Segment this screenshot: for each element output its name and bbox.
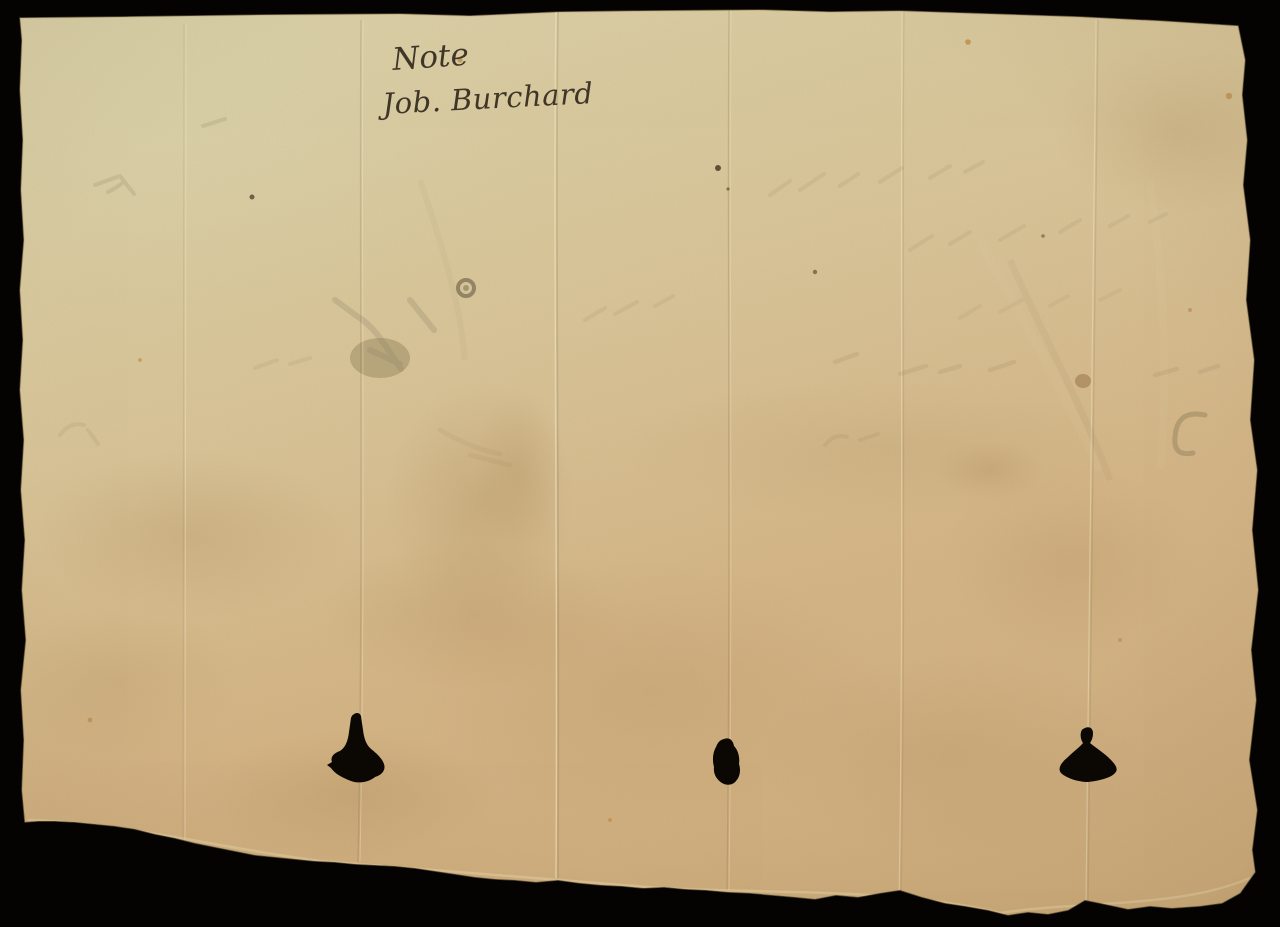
scanned-document-page: Note Job. Burchard (0, 0, 1280, 927)
edge-vignette (0, 0, 1280, 927)
scan-canvas: Note Job. Burchard (0, 0, 1280, 927)
handwritten-note-line1: Note (390, 37, 470, 78)
paper-sheet: Note Job. Burchard (0, 0, 1280, 927)
